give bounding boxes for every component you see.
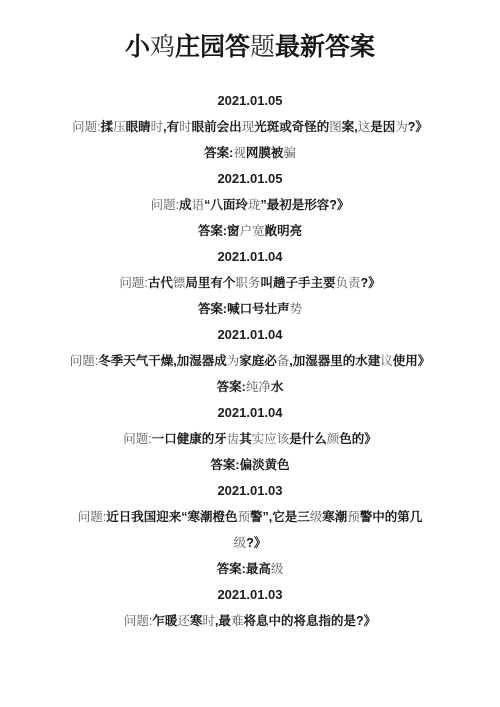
text-segment: 级 [234, 536, 247, 550]
text-segment: 镖 [173, 276, 186, 290]
answer: 答案:纯净水 [48, 374, 452, 400]
text-segment: 叫趟子手主要 [260, 276, 335, 290]
qa-entry: 2021.01.03 问题:乍暖还寒时,最难将息中的将息指的是?》 [48, 582, 452, 634]
text-segment: 为 [395, 120, 408, 134]
text-segment: 负责 [335, 276, 360, 290]
text-segment: 答案: [217, 380, 246, 394]
text-segment: 还 [177, 614, 190, 628]
text-segment: 警中的第几 [360, 510, 423, 524]
text-segment: 为 [227, 354, 240, 368]
text-segment: 户宽 [240, 224, 265, 238]
text-segment: 势 [290, 302, 303, 316]
text-segment: 敞明亮 [265, 224, 303, 238]
text-segment: 预 [347, 510, 360, 524]
text-segment: 实应该 [252, 432, 290, 446]
text-segment: 警”,它是三 [250, 510, 310, 524]
text-segment: 水 [271, 380, 284, 394]
text-segment: 时 [179, 120, 192, 134]
text-segment: 答案:最高 [217, 562, 271, 576]
text-segment: 问题: [70, 354, 98, 368]
text-segment: 备 [277, 354, 290, 368]
title-segment: 鸡 [150, 33, 175, 61]
text-segment: 近日我国迎来“寒潮橙色 [106, 510, 237, 524]
text-segment: 光斑或奇怪的 [254, 120, 329, 134]
text-segment: 时 [151, 120, 164, 134]
title-segment: 最新答案 [275, 33, 375, 61]
question-line: 问题:近日我国迎来“寒潮橙色预警”,它是三级寒潮预警中的第几 [48, 504, 452, 530]
question: 问题:乍暖还寒时,最难将息中的将息指的是?》 [48, 608, 452, 634]
answer-line: 答案:最高级 [48, 556, 452, 582]
text-segment: 色的》 [339, 432, 377, 446]
qa-list: 2021.01.05 问题:揉压眼睛时,有时眼前会出现光斑或奇怪的图案,这是因为… [48, 88, 452, 634]
text-segment: 成 [179, 198, 192, 212]
entry-date: 2021.01.03 [48, 478, 452, 504]
question-line: 问题:冬季天气干燥,加湿器成为家庭必备,加湿器里的水建议使用》 [48, 348, 452, 374]
text-segment: 将息中的将息指的是?》 [243, 614, 376, 628]
text-segment: 问题: [151, 198, 179, 212]
text-segment: ?》 [408, 120, 428, 134]
text-segment: 案, [342, 120, 358, 134]
text-segment: 问题: [78, 510, 106, 524]
text-segment: ”最初是形容?》 [260, 198, 349, 212]
text-segment: 是因 [370, 120, 395, 134]
entry-date: 2021.01.05 [48, 88, 452, 114]
answer-line: 答案:偏淡黄色 [48, 452, 452, 478]
text-segment: 颜 [327, 432, 340, 446]
text-segment: ?》 [246, 536, 266, 550]
qa-entry: 2021.01.04 问题:古代镖局里有个职务叫趟子手主要负责?》 答案:喊口号… [48, 244, 452, 322]
text-segment: 答案: [204, 146, 233, 160]
text-segment: 这 [358, 120, 371, 134]
question-line: 问题:成语“八面玲珑”最初是形容?》 [48, 192, 452, 218]
text-segment: 级 [310, 510, 323, 524]
page-title: 小鸡庄园答题最新答案 [0, 30, 500, 64]
title-segment: 小 [125, 33, 150, 61]
qa-entry: 2021.01.05 问题:成语“八面玲珑”最初是形容?》 答案:窗户宽敞明亮 [48, 166, 452, 244]
answer-line: 答案:纯净水 [48, 374, 452, 400]
question: 问题:冬季天气干燥,加湿器成为家庭必备,加湿器里的水建议使用》 [48, 348, 452, 374]
text-segment: 问题: [119, 276, 147, 290]
text-segment: 视 [233, 146, 246, 160]
question: 问题:一口健康的牙齿其实应该是什么颜色的》 [48, 426, 452, 452]
answer: 答案:最高级 [48, 556, 452, 582]
question-line: 问题:古代镖局里有个职务叫趟子手主要负责?》 [48, 270, 452, 296]
text-segment: 问题: [124, 614, 152, 628]
answer-line: 答案:窗户宽敞明亮 [48, 218, 452, 244]
entry-date: 2021.01.04 [48, 244, 452, 270]
text-segment: 职务 [235, 276, 260, 290]
text-segment: 答案:偏淡黄色 [210, 458, 289, 472]
entry-date: 2021.01.03 [48, 582, 452, 608]
answer: 答案:窗户宽敞明亮 [48, 218, 452, 244]
text-segment: 级 [271, 562, 284, 576]
qa-entry: 2021.01.04 问题:冬季天气干燥,加湿器成为家庭必备,加湿器里的水建议使… [48, 322, 452, 400]
question-line: 问题:揉压眼睛时,有时眼前会出现光斑或奇怪的图案,这是因为?》 [48, 114, 452, 140]
text-segment: ,最 [215, 614, 231, 628]
text-segment: 局里有个 [185, 276, 235, 290]
question: 问题:近日我国迎来“寒潮橙色预警”,它是三级寒潮预警中的第几级?》 [48, 504, 452, 556]
answer-line: 答案:喊口号壮声势 [48, 296, 452, 322]
question: 问题:揉压眼睛时,有时眼前会出现光斑或奇怪的图案,这是因为?》 [48, 114, 452, 140]
text-segment: 揉 [101, 120, 114, 134]
text-segment: 是什么 [289, 432, 327, 446]
text-segment: 议 [380, 354, 393, 368]
text-segment: 答案:喊口号壮声 [198, 302, 290, 316]
text-segment: 骗 [283, 146, 296, 160]
answer: 答案:喊口号壮声势 [48, 296, 452, 322]
text-segment: ,有 [163, 120, 179, 134]
question: 问题:成语“八面玲珑”最初是形容?》 [48, 192, 452, 218]
text-segment: ,加湿器里的水建 [289, 354, 380, 368]
question-line: 级?》 [48, 530, 452, 556]
text-segment: ?》 [360, 276, 380, 290]
text-segment: 答案:窗 [198, 224, 240, 238]
text-segment: 寒潮 [322, 510, 347, 524]
text-segment: 一口健康的牙 [152, 432, 227, 446]
text-segment: 问题: [123, 432, 151, 446]
document-page: 小鸡庄园答题最新答案 2021.01.05 问题:揉压眼睛时,有时眼前会出现光斑… [0, 0, 500, 707]
text-segment: 纯净 [246, 380, 271, 394]
text-segment: 冬季天气干燥,加湿器成 [98, 354, 226, 368]
title-segment: 题 [250, 33, 275, 61]
qa-entry: 2021.01.05 问题:揉压眼睛时,有时眼前会出现光斑或奇怪的图案,这是因为… [48, 88, 452, 166]
text-segment: 其 [239, 432, 252, 446]
title-segment: 庄园答 [175, 33, 250, 61]
text-segment: 古代 [148, 276, 173, 290]
entry-date: 2021.01.04 [48, 322, 452, 348]
text-segment: 图 [329, 120, 342, 134]
answer-line: 答案:视网膜被骗 [48, 140, 452, 166]
text-segment: “八面玲 [204, 198, 248, 212]
text-segment: 难 [231, 614, 244, 628]
question: 问题:古代镖局里有个职务叫趟子手主要负责?》 [48, 270, 452, 296]
text-segment: 时 [202, 614, 215, 628]
question-line: 问题:一口健康的牙齿其实应该是什么颜色的》 [48, 426, 452, 452]
text-segment: 乍暖 [152, 614, 177, 628]
text-segment: 现 [242, 120, 255, 134]
text-segment: 压 [113, 120, 126, 134]
text-segment: 家庭必 [239, 354, 277, 368]
answer: 答案:视网膜被骗 [48, 140, 452, 166]
text-segment: 齿 [227, 432, 240, 446]
qa-entry: 2021.01.03 问题:近日我国迎来“寒潮橙色预警”,它是三级寒潮预警中的第… [48, 478, 452, 582]
text-segment: 眼睛 [126, 120, 151, 134]
question-line: 问题:乍暖还寒时,最难将息中的将息指的是?》 [48, 608, 452, 634]
text-segment: 语 [192, 198, 205, 212]
entry-date: 2021.01.05 [48, 166, 452, 192]
text-segment: 珑 [248, 198, 261, 212]
text-segment: 使用》 [393, 354, 431, 368]
text-segment: 寒 [190, 614, 203, 628]
qa-entry: 2021.01.04 问题:一口健康的牙齿其实应该是什么颜色的》 答案:偏淡黄色 [48, 400, 452, 478]
text-segment: 网膜被 [246, 146, 284, 160]
text-segment: 问题: [72, 120, 100, 134]
text-segment: 预 [237, 510, 250, 524]
text-segment: 眼前会出 [192, 120, 242, 134]
entry-date: 2021.01.04 [48, 400, 452, 426]
answer: 答案:偏淡黄色 [48, 452, 452, 478]
